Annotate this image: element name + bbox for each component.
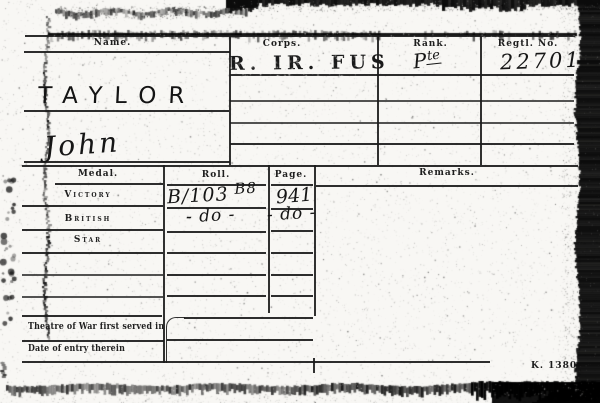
ruled-line <box>230 143 574 145</box>
ruled-line <box>22 252 163 254</box>
theatre-value-top-rule <box>184 317 313 319</box>
value-cell-bracket <box>166 317 185 363</box>
ruled-line <box>271 295 313 297</box>
remarks-column-label: Remarks. <box>318 169 576 179</box>
british-roll-ditto: - do - <box>186 207 236 227</box>
medal-row-star-label: Star <box>30 236 146 246</box>
theatre-of-war-value-area <box>190 320 310 338</box>
theatre-row-top-rule <box>22 315 162 317</box>
forename-handwritten: John <box>43 128 121 161</box>
page-column-divider <box>268 165 270 313</box>
section-divider-rule <box>22 165 578 167</box>
ruled-line <box>230 122 574 124</box>
remarks-header-underline <box>316 185 578 187</box>
date-of-entry-label: Date of entry therein <box>28 345 160 355</box>
ruled-line <box>22 205 163 207</box>
remarks-column-divider <box>314 165 316 316</box>
regimental-number-handwritten: 22701 <box>500 50 582 74</box>
ruled-line <box>167 295 266 297</box>
column-divider <box>480 36 482 165</box>
date-value-top-rule <box>167 339 313 341</box>
medal-row-british-label: British <box>30 215 146 225</box>
ruled-line <box>271 252 313 254</box>
rank-suffix: te <box>425 48 442 65</box>
form-reference-number: K. 1380 <box>531 361 577 371</box>
roll-column-divider <box>163 165 165 363</box>
ruled-line <box>167 274 266 276</box>
ruled-line <box>271 230 313 232</box>
roll-suffix: B8 <box>234 179 257 198</box>
surname-underline <box>24 110 229 112</box>
date-row-top-rule <box>22 340 164 342</box>
british-page-ditto: - do - <box>267 205 317 225</box>
scanned-medal-index-card: Name. Corps. Rank. Regtl. No. Medal. Rol… <box>0 0 600 403</box>
medal-row-victory-label: Victory <box>30 191 146 201</box>
ruled-line <box>22 229 163 231</box>
card-bottom-rule <box>22 361 490 363</box>
ruled-line <box>271 274 313 276</box>
corps-column-label: Corps. <box>232 40 332 50</box>
ruled-line <box>167 252 266 254</box>
stray-tick-mark <box>313 358 315 373</box>
ruled-line <box>22 274 163 276</box>
rank-handwritten: Pte <box>412 49 442 72</box>
ruled-line <box>22 296 163 298</box>
name-column-label: Name. <box>50 39 175 49</box>
card-top-rule <box>25 35 575 37</box>
medal-header-underline <box>55 183 163 185</box>
page-column-label: Page. <box>268 171 314 181</box>
corps-stamp: R. IR. FUS <box>229 53 390 74</box>
surname-handwritten: TAYLOR <box>37 85 197 108</box>
ruled-line <box>230 100 574 102</box>
date-of-entry-value-area <box>190 343 310 359</box>
name-header-underline <box>24 51 230 53</box>
theatre-of-war-label: Theatre of War first served in <box>28 323 160 333</box>
medal-column-label: Medal. <box>40 170 156 180</box>
remarks-value-area <box>320 195 570 305</box>
ruled-line <box>167 231 266 233</box>
